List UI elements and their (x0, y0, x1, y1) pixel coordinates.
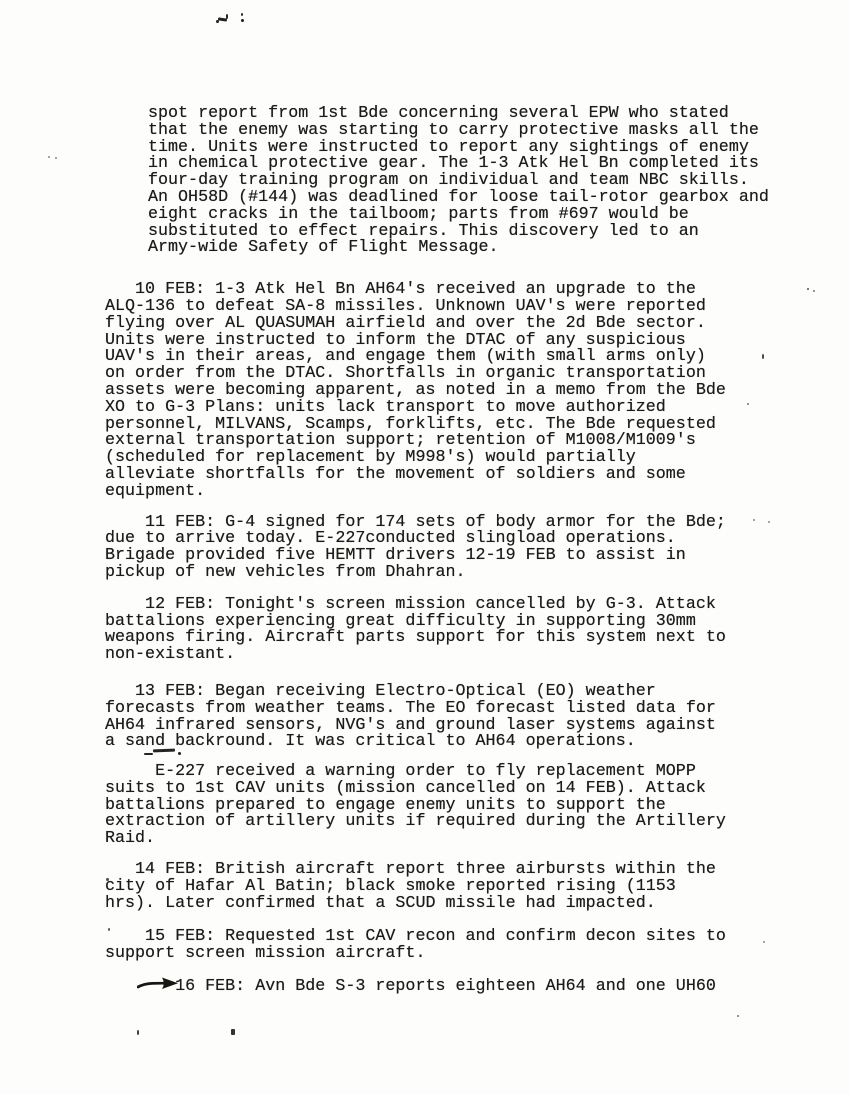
log-entry-15-feb: 15 FEB: Requested 1st CAV recon and conf… (105, 929, 825, 963)
log-entry-e227-warning-order: E-227 received a warning order to fly re… (105, 764, 825, 848)
scribble-mark (144, 753, 153, 755)
scan-artifact (55, 157, 57, 159)
scan-artifact (753, 519, 755, 521)
log-entry-16-feb: 16 FEB: Avn Bde S-3 reports eighteen AH6… (105, 979, 825, 996)
scan-artifact (357, 871, 359, 873)
scan-artifact (216, 20, 219, 23)
paragraph-continuation: spot report from 1st Bde concerning seve… (148, 106, 825, 257)
scan-artifact (807, 288, 809, 290)
scan-artifact (768, 521, 770, 523)
scan-artifact (747, 403, 749, 405)
scan-artifact (813, 290, 815, 292)
scan-artifact (108, 928, 110, 931)
scan-artifact (737, 1015, 739, 1017)
log-entry-11-feb: 11 FEB: G-4 signed for 174 sets of body … (105, 515, 825, 582)
scan-artifact (48, 156, 50, 158)
log-entry-12-feb: 12 FEB: Tonight's screen mission cancell… (105, 597, 825, 664)
scan-artifact (241, 13, 243, 16)
scan-artifact (763, 941, 765, 943)
log-entry-10-feb: 10 FEB: 1-3 Atk Hel Bn AH64's received a… (105, 282, 825, 500)
scan-artifact (241, 19, 244, 22)
scan-artifact (226, 14, 228, 19)
document-text-block: spot report from 1st Bde concerning seve… (105, 106, 825, 996)
hand-drawn-arrow-icon (137, 976, 179, 991)
scan-artifact (137, 1030, 139, 1035)
scan-artifact (106, 878, 109, 881)
document-page: spot report from 1st Bde concerning seve… (0, 0, 850, 1094)
scan-artifact (231, 1029, 235, 1035)
log-entry-13-feb: 13 FEB: Began receiving Electro-Optical … (105, 684, 825, 751)
scribble-mark (178, 752, 181, 755)
log-entry-14-feb: 14 FEB: British aircraft report three ai… (105, 862, 825, 912)
scan-artifact (762, 354, 764, 359)
